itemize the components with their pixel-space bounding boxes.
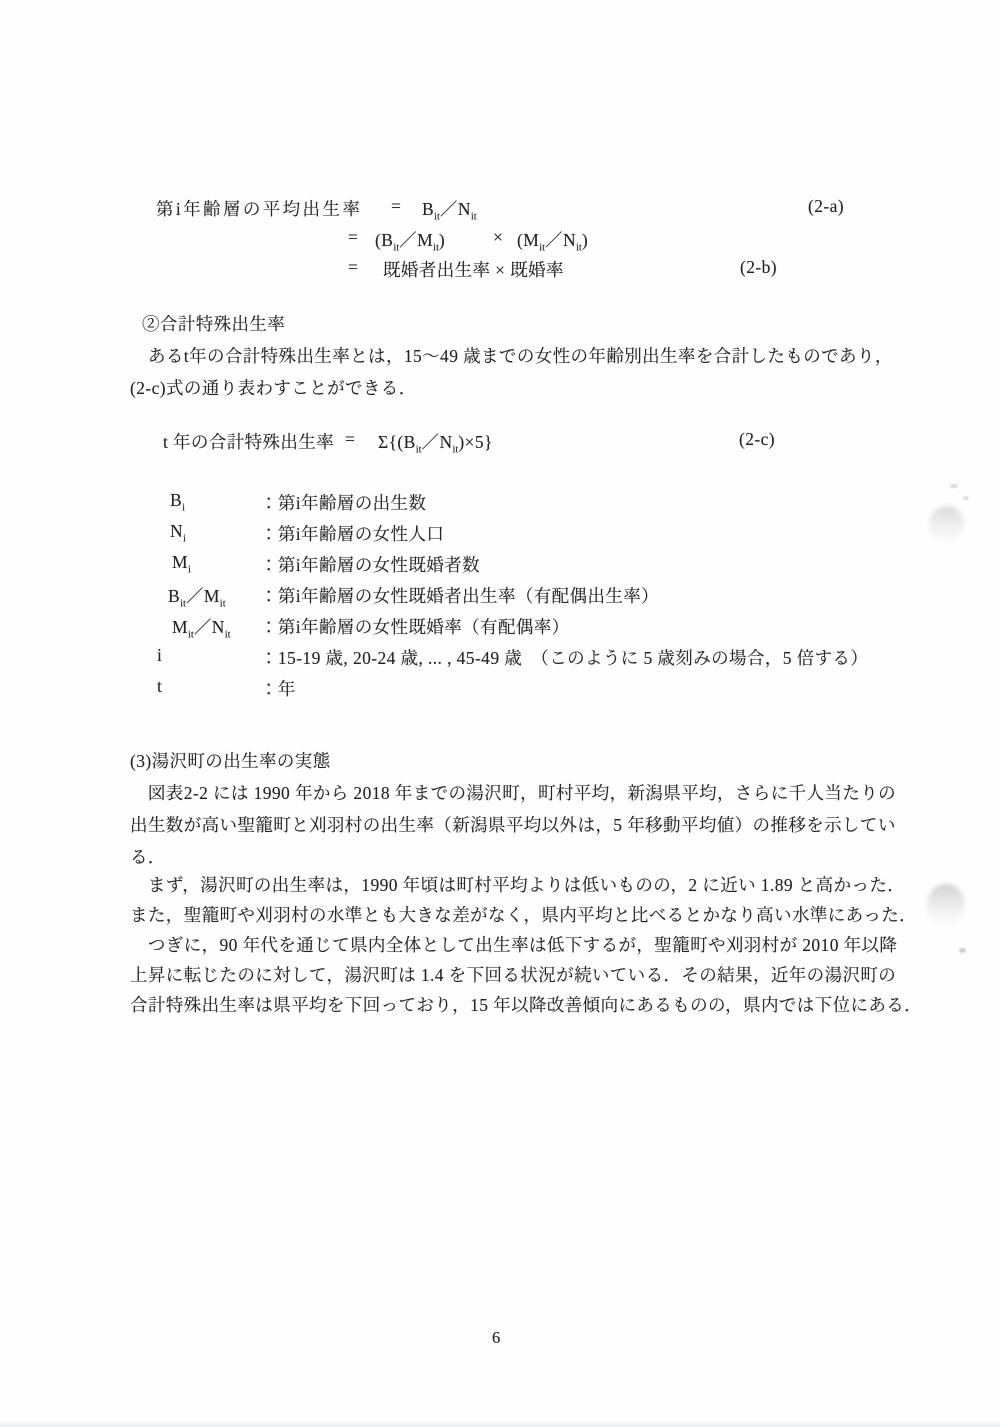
- definition-symbol-Mit-Nit: Mit／Nit: [172, 614, 231, 641]
- definition-desc-Ni: ：第i年齢層の女性人口: [260, 521, 444, 546]
- scan-speck-1: [950, 484, 958, 488]
- equation-avg-equals-1: =: [391, 196, 401, 217]
- paragraph-reality2-line-2: また，聖籠町や刈羽村の水準とも大きな差がなく，県内平均と比べるとかなり高い水準に…: [130, 902, 917, 927]
- definition-desc-Bi: ：第i年齢層の出生数: [260, 490, 426, 515]
- paragraph-tfr-line-2: (2-c)式の通り表わすことができる．: [130, 375, 417, 400]
- definition-symbol-i: i: [157, 645, 162, 666]
- equation-avg-line2-right: (Mit／Nit): [517, 227, 588, 254]
- definition-symbol-Bi: Bi: [170, 490, 185, 514]
- paragraph-reality1-line-2: 出生数が高い聖籠町と刈羽村の出生率（新潟県平均以外は，5 年移動平均値）の推移を…: [130, 812, 896, 837]
- paragraph-reality3-line-1: つぎに，90 年代を通じて県内全体として出生率は低下するが，聖籠町や刈羽村が 2…: [130, 932, 897, 957]
- scan-speck-3: [959, 948, 966, 953]
- definition-symbol-Bit-Mit: Bit／Mit: [168, 583, 226, 610]
- page-number: 6: [492, 1328, 500, 1348]
- equation-label-2b: (2-b): [740, 257, 777, 278]
- equation-label-2c: (2-c): [739, 429, 775, 450]
- equation-avg-equals-2: =: [348, 227, 358, 248]
- equation-tfr-lhs: t 年の合計特殊出生率: [163, 429, 334, 454]
- definition-desc-Bit-Mit: ：第i年齢層の女性既婚者出生率（有配偶出生率）: [260, 583, 659, 608]
- punch-hole-shadow-top: [929, 506, 964, 544]
- definition-symbol-Ni: Ni: [170, 521, 186, 545]
- scan-speck-2: [963, 496, 969, 500]
- definition-desc-i: ：15-19 歳, 20-24 歳, ... , 45-49 歳 （このように …: [260, 645, 868, 670]
- paragraph-reality2-line-1: まず，湯沢町の出生率は，1990 年頃は町村平均よりは低いものの，2 に近い 1…: [130, 872, 905, 897]
- paragraph-tfr-line-1: あるt年の合計特殊出生率とは，15～49 歳までの女性の年齢別出生率を合計したも…: [148, 343, 893, 368]
- equation-avg-lhs: 第i年齢層の平均出生率: [156, 196, 362, 221]
- equation-avg-rhs-line1: Bit／Nit: [422, 196, 477, 223]
- section-heading-tfr: ②合計特殊出生率: [142, 311, 285, 336]
- definition-desc-Mit-Nit: ：第i年齢層の女性既婚率（有配偶率）: [260, 614, 570, 639]
- paragraph-reality1-line-1: 図表2-2 には 1990 年から 2018 年までの湯沢町，町村平均，新潟県平…: [130, 780, 896, 805]
- section-heading-reality: (3)湯沢町の出生率の実態: [130, 748, 331, 773]
- paragraph-reality1-line-3: る．: [130, 844, 166, 869]
- equation-label-2a: (2-a): [808, 196, 844, 217]
- equation-tfr-rhs: Σ{(Bit／Nit)×5}: [378, 429, 493, 456]
- equation-avg-line2-left: (Bit／Mit): [375, 227, 445, 254]
- definition-desc-t: ：年: [260, 676, 296, 701]
- definition-symbol-t: t: [157, 676, 162, 697]
- definition-symbol-Mi: Mi: [172, 552, 191, 576]
- equation-avg-line3: 既婚者出生率 × 既婚率: [383, 257, 564, 282]
- paragraph-reality3-line-2: 上昇に転じたのに対して，湯沢町は 1.4 を下回る状況が続いている．その結果，近…: [130, 962, 896, 987]
- equation-avg-equals-3: =: [348, 257, 358, 278]
- paragraph-reality3-line-3: 合計特殊出生率は県平均を下回っており，15 年以降改善傾向にあるものの，県内では…: [130, 992, 922, 1017]
- equation-tfr-equals: =: [345, 429, 355, 450]
- equation-avg-times: ×: [493, 227, 503, 248]
- definition-desc-Mi: ：第i年齢層の女性既婚者数: [260, 552, 480, 577]
- scan-bottom-edge: [0, 1420, 1000, 1427]
- punch-hole-shadow-bottom: [927, 884, 965, 926]
- scanned-document-page: 第i年齢層の平均出生率 = Bit／Nit (2-a) = (Bit／Mit) …: [0, 0, 1000, 1427]
